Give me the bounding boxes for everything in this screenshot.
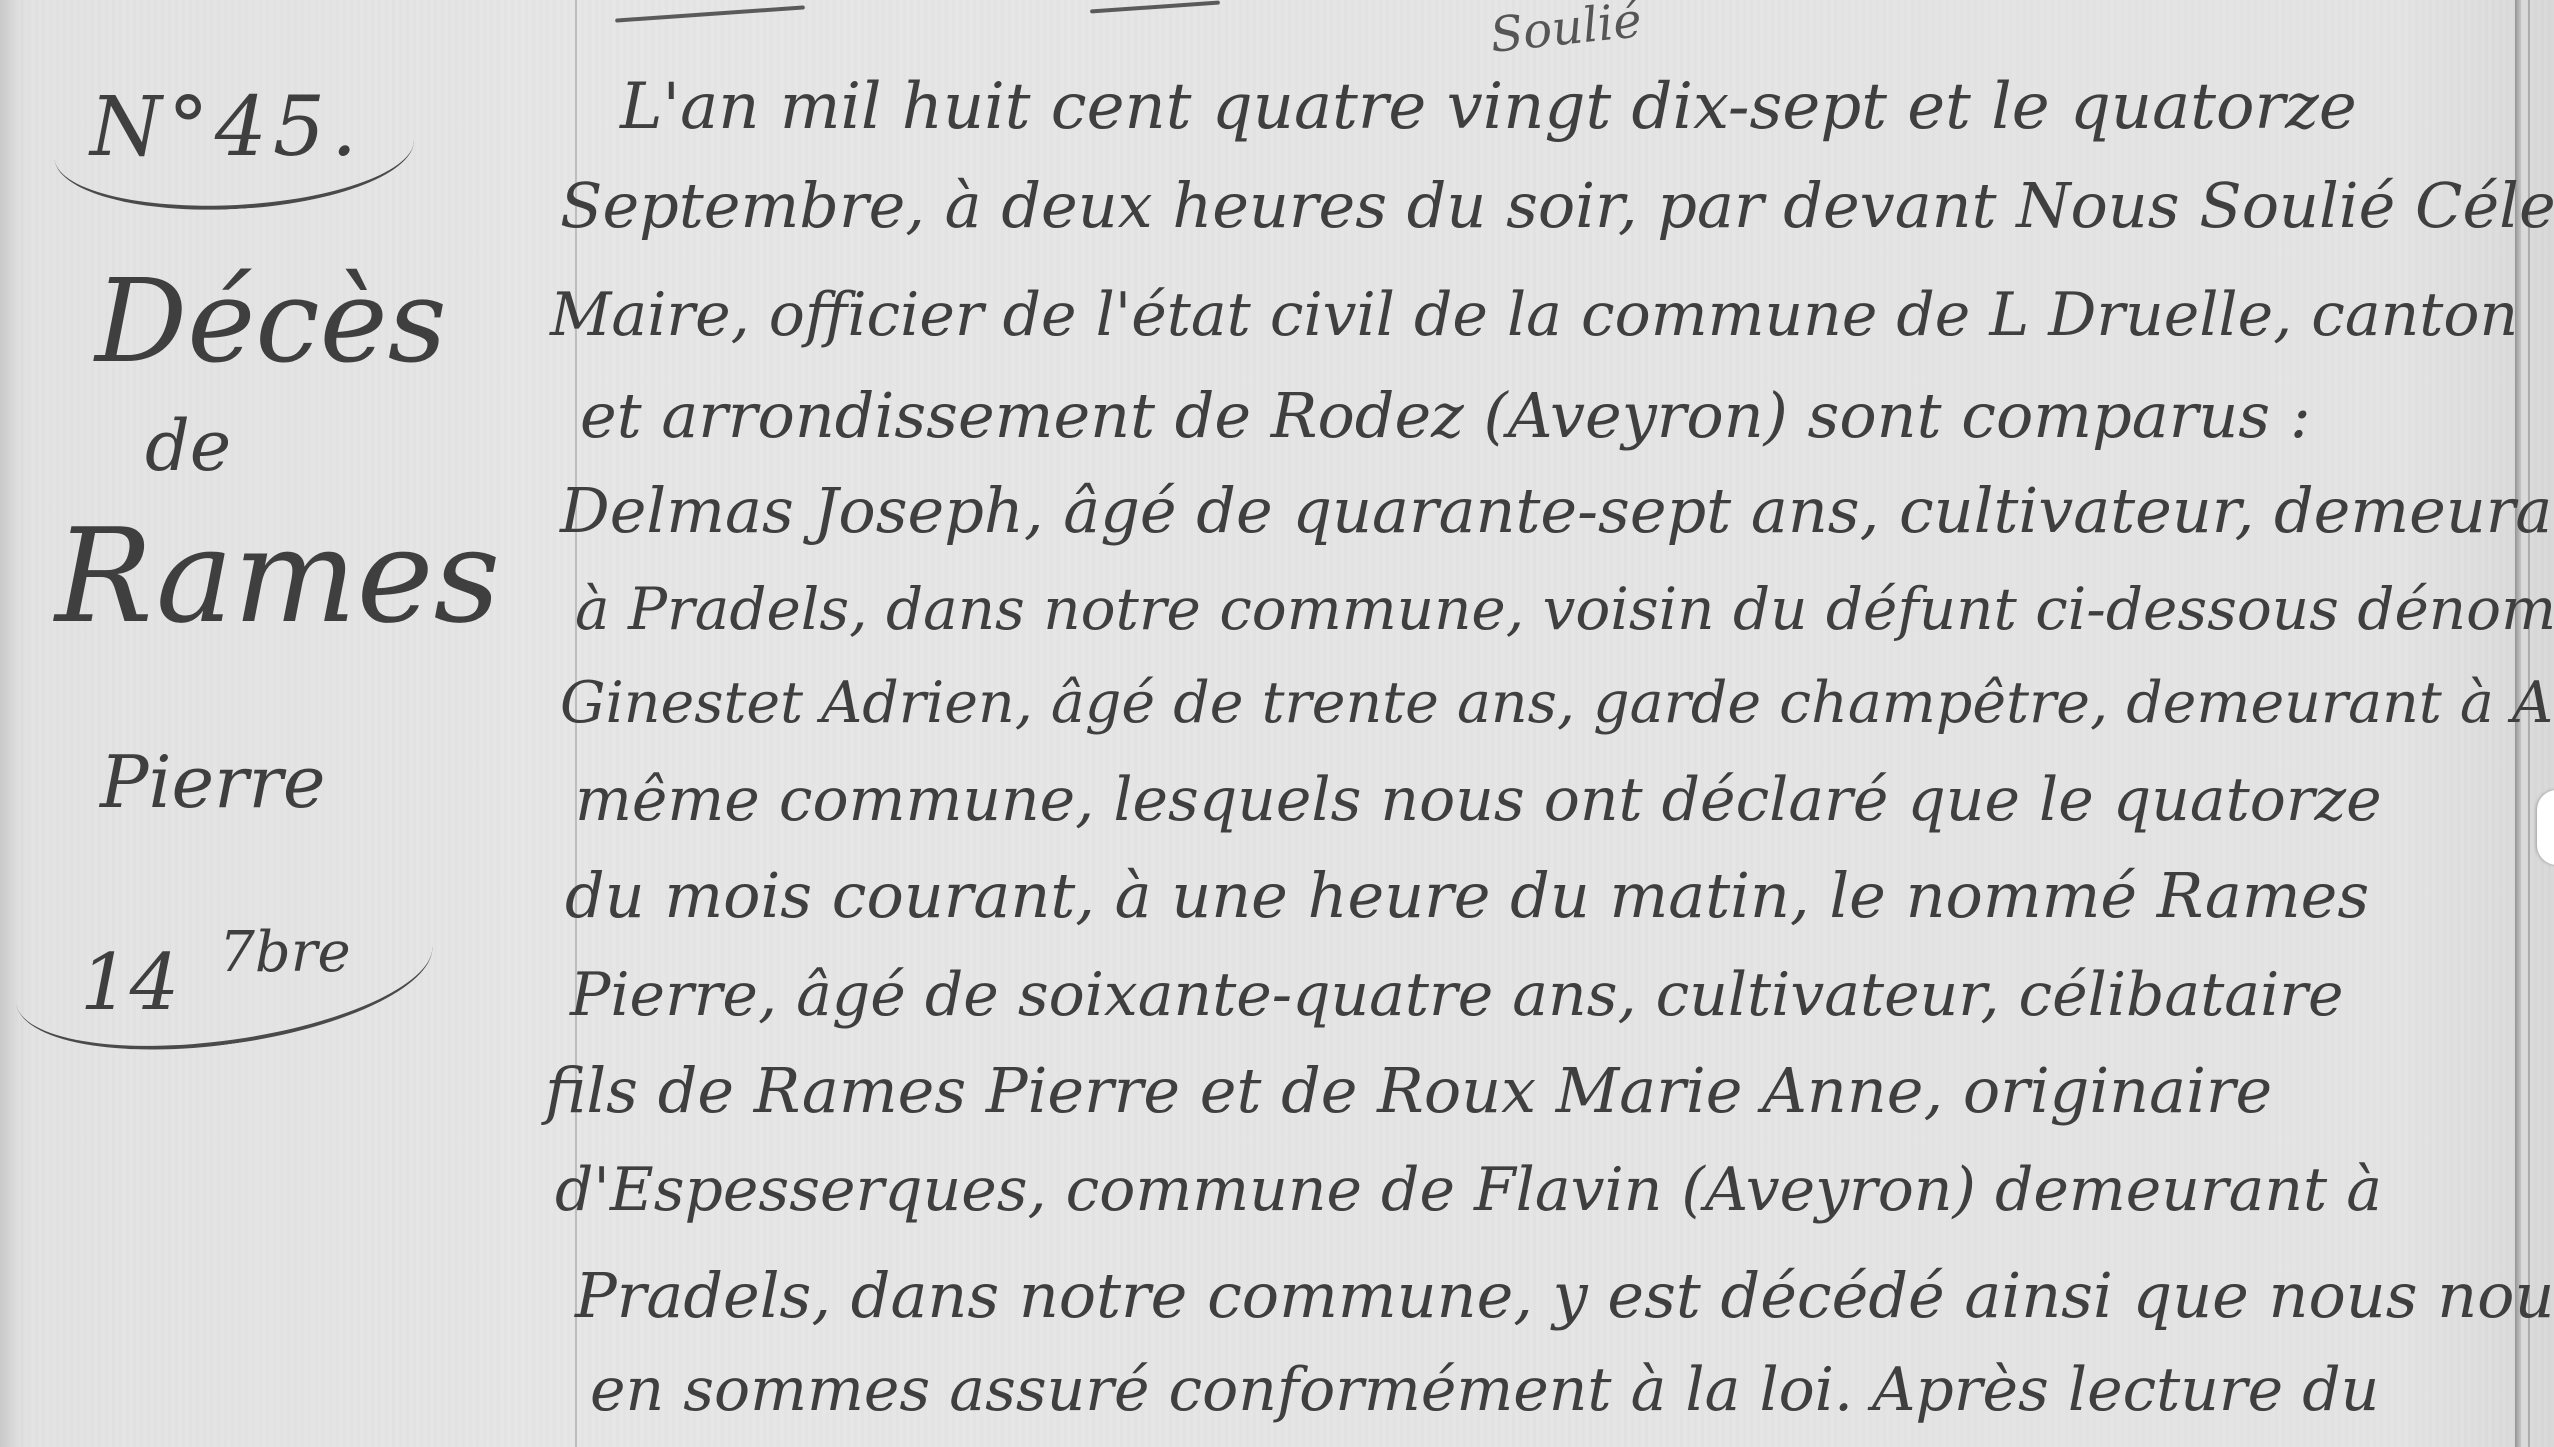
scanned-register-page: Soulié N°45. Décès de Rames Pierre 147br… [0, 0, 2554, 1447]
body-line: Septembre, à deux heures du soir, par de… [560, 175, 2554, 237]
body-line: L'an mil huit cent quatre vingt dix-sept… [620, 75, 2357, 139]
act-number-flourish [53, 111, 417, 219]
act-type-title: Décès [95, 255, 447, 389]
body-line: à Pradels, dans notre commune, voisin du… [575, 580, 2554, 638]
body-line: Pradels, dans notre commune, y est décéd… [575, 1265, 2554, 1327]
deceased-surname: Rames [55, 500, 500, 652]
top-ink-stroke [615, 5, 805, 22]
body-line: et arrondissement de Rodez (Aveyron) son… [580, 385, 2311, 447]
body-line: même commune, lesquels nous ont déclaré … [575, 770, 2382, 830]
body-line: Delmas Joseph, âgé de quarante-sept ans,… [560, 480, 2554, 542]
margin-de: de [145, 405, 231, 487]
body-line: d'Espesserques, commune de Flavin (Aveyr… [555, 1160, 2382, 1220]
body-line: du mois courant, à une heure du matin, l… [565, 865, 2369, 927]
body-line: Pierre, âgé de soixante-quatre ans, cult… [570, 965, 2343, 1025]
body-line: Ginestet Adrien, âgé de trente ans, gard… [560, 675, 2554, 732]
officer-name-note: Soulié [1487, 0, 1644, 64]
page-binding-edge [0, 0, 20, 1447]
body-line: fils de Rames Pierre et de Roux Marie An… [545, 1060, 2272, 1122]
side-panel-toggle-tab[interactable] [2537, 790, 2554, 865]
deceased-given-name: Pierre [100, 740, 326, 824]
body-line: Maire, officier de l'état civil de la co… [550, 285, 2518, 345]
top-ink-stroke [1090, 0, 1220, 13]
body-line: en sommes assuré conformément à la loi. … [590, 1360, 2379, 1420]
